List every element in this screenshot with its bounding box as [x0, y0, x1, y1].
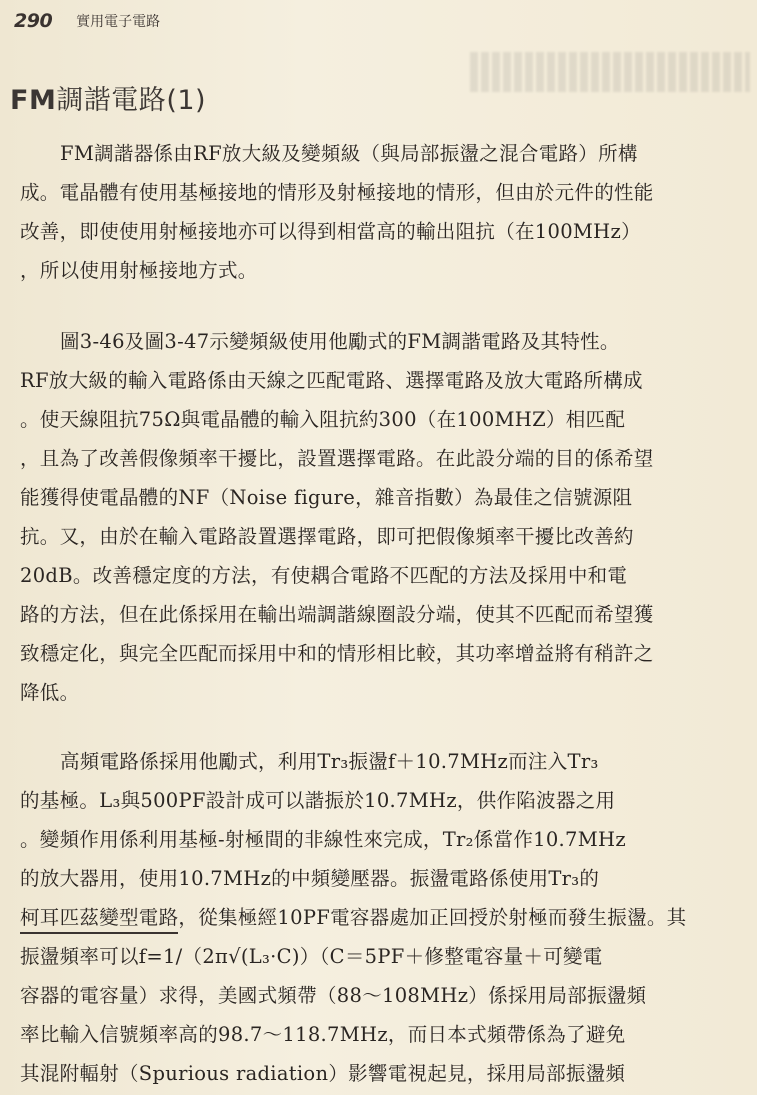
text-line: 改善，即使使用射極接地亦可以得到相當高的輸出阻抗（在100MHz）: [20, 212, 747, 251]
text-line: FM調諧器係由RF放大級及變頻級（與局部振盪之混合電路）所構: [20, 134, 747, 173]
text-line: 降低。: [20, 673, 747, 712]
page-number: 290: [14, 10, 52, 32]
underline-mark: [20, 932, 178, 934]
text-line: 能獲得使電晶體的NF（Noise figure，雜音指數）為最佳之信號源阻: [20, 478, 747, 517]
text-line: 抗。又，由於在輸入電路設置選擇電路，即可把假像頻率干擾比改善約: [20, 517, 747, 556]
paragraph-1: FM調諧器係由RF放大級及變頻級（與局部振盪之混合電路）所構 成。電晶體有使用基…: [20, 134, 747, 290]
text-line: 的基極。L₃與500PF設計成可以諧振於10.7MHz，供作陷波器之用: [20, 781, 747, 820]
book-title: 實用電子電路: [76, 11, 160, 31]
text-line: 圖3-46及圖3-47示變頻級使用他勵式的FM調諧電路及其特性。: [20, 322, 747, 361]
text-line: 的放大器用，使用10.7MHz的中頻變壓器。振盪電路係使用Tr₃的: [20, 859, 747, 898]
show-through-text: [470, 52, 750, 92]
text-line: ，所以使用射極接地方式。: [20, 251, 747, 290]
text-line: 振盪頻率可以f=1/（2π√(L₃·C)）（C＝5PF＋修整電容量＋可變電: [20, 937, 747, 976]
section-title-prefix: FM: [10, 85, 56, 116]
section-title-text: 調諧電路: [56, 85, 166, 116]
text-line: 成。電晶體有使用基極接地的情形及射極接地的情形，但由於元件的性能: [20, 173, 747, 212]
text-line: 其混附輻射（Spurious radiation）影響電視起見，採用局部振盪頻: [20, 1054, 747, 1093]
text-line: 高頻電路係採用他勵式，利用Tr₃振盪f＋10.7MHz而注入Tr₃: [20, 742, 747, 781]
text-line: 路的方法，但在此係採用在輸出端調諧線圈設分端，使其不匹配而希望獲: [20, 595, 747, 634]
text-line: 20dB。改善穩定度的方法，有使耦合電路不匹配的方法及採用中和電: [20, 556, 747, 595]
text-line: 率比輸入信號頻率高的98.7～118.7MHz，而日本式頻帶係為了避免: [20, 1015, 747, 1054]
section-title: FM調諧電路(1): [10, 78, 206, 117]
running-header: 290 實用電子電路: [14, 6, 160, 36]
text-line: ，且為了改善假像頻率干擾比，設置選擇電路。在此設分端的目的係希望: [20, 439, 747, 478]
text-line: 容器的電容量）求得，美國式頻帶（88～108MHz）係採用局部振盪頻: [20, 976, 747, 1015]
text-line: 。使天線阻抗75Ω與電晶體的輸入阻抗約300（在100MHZ）相匹配: [20, 400, 747, 439]
paragraph-3: 高頻電路係採用他勵式，利用Tr₃振盪f＋10.7MHz而注入Tr₃ 的基極。L₃…: [20, 742, 747, 1093]
section-title-suffix: (1): [166, 85, 206, 116]
text-line: 致穩定化，與完全匹配而採用中和的情形相比較，其功率增益將有稍許之: [20, 634, 747, 673]
text-line: 。變頻作用係利用基極-射極間的非線性來完成，Tr₂係當作10.7MHz: [20, 820, 747, 859]
text-line: RF放大級的輸入電路係由天線之匹配電路、選擇電路及放大電路所構成: [20, 361, 747, 400]
paragraph-2: 圖3-46及圖3-47示變頻級使用他勵式的FM調諧電路及其特性。 RF放大級的輸…: [20, 322, 747, 712]
